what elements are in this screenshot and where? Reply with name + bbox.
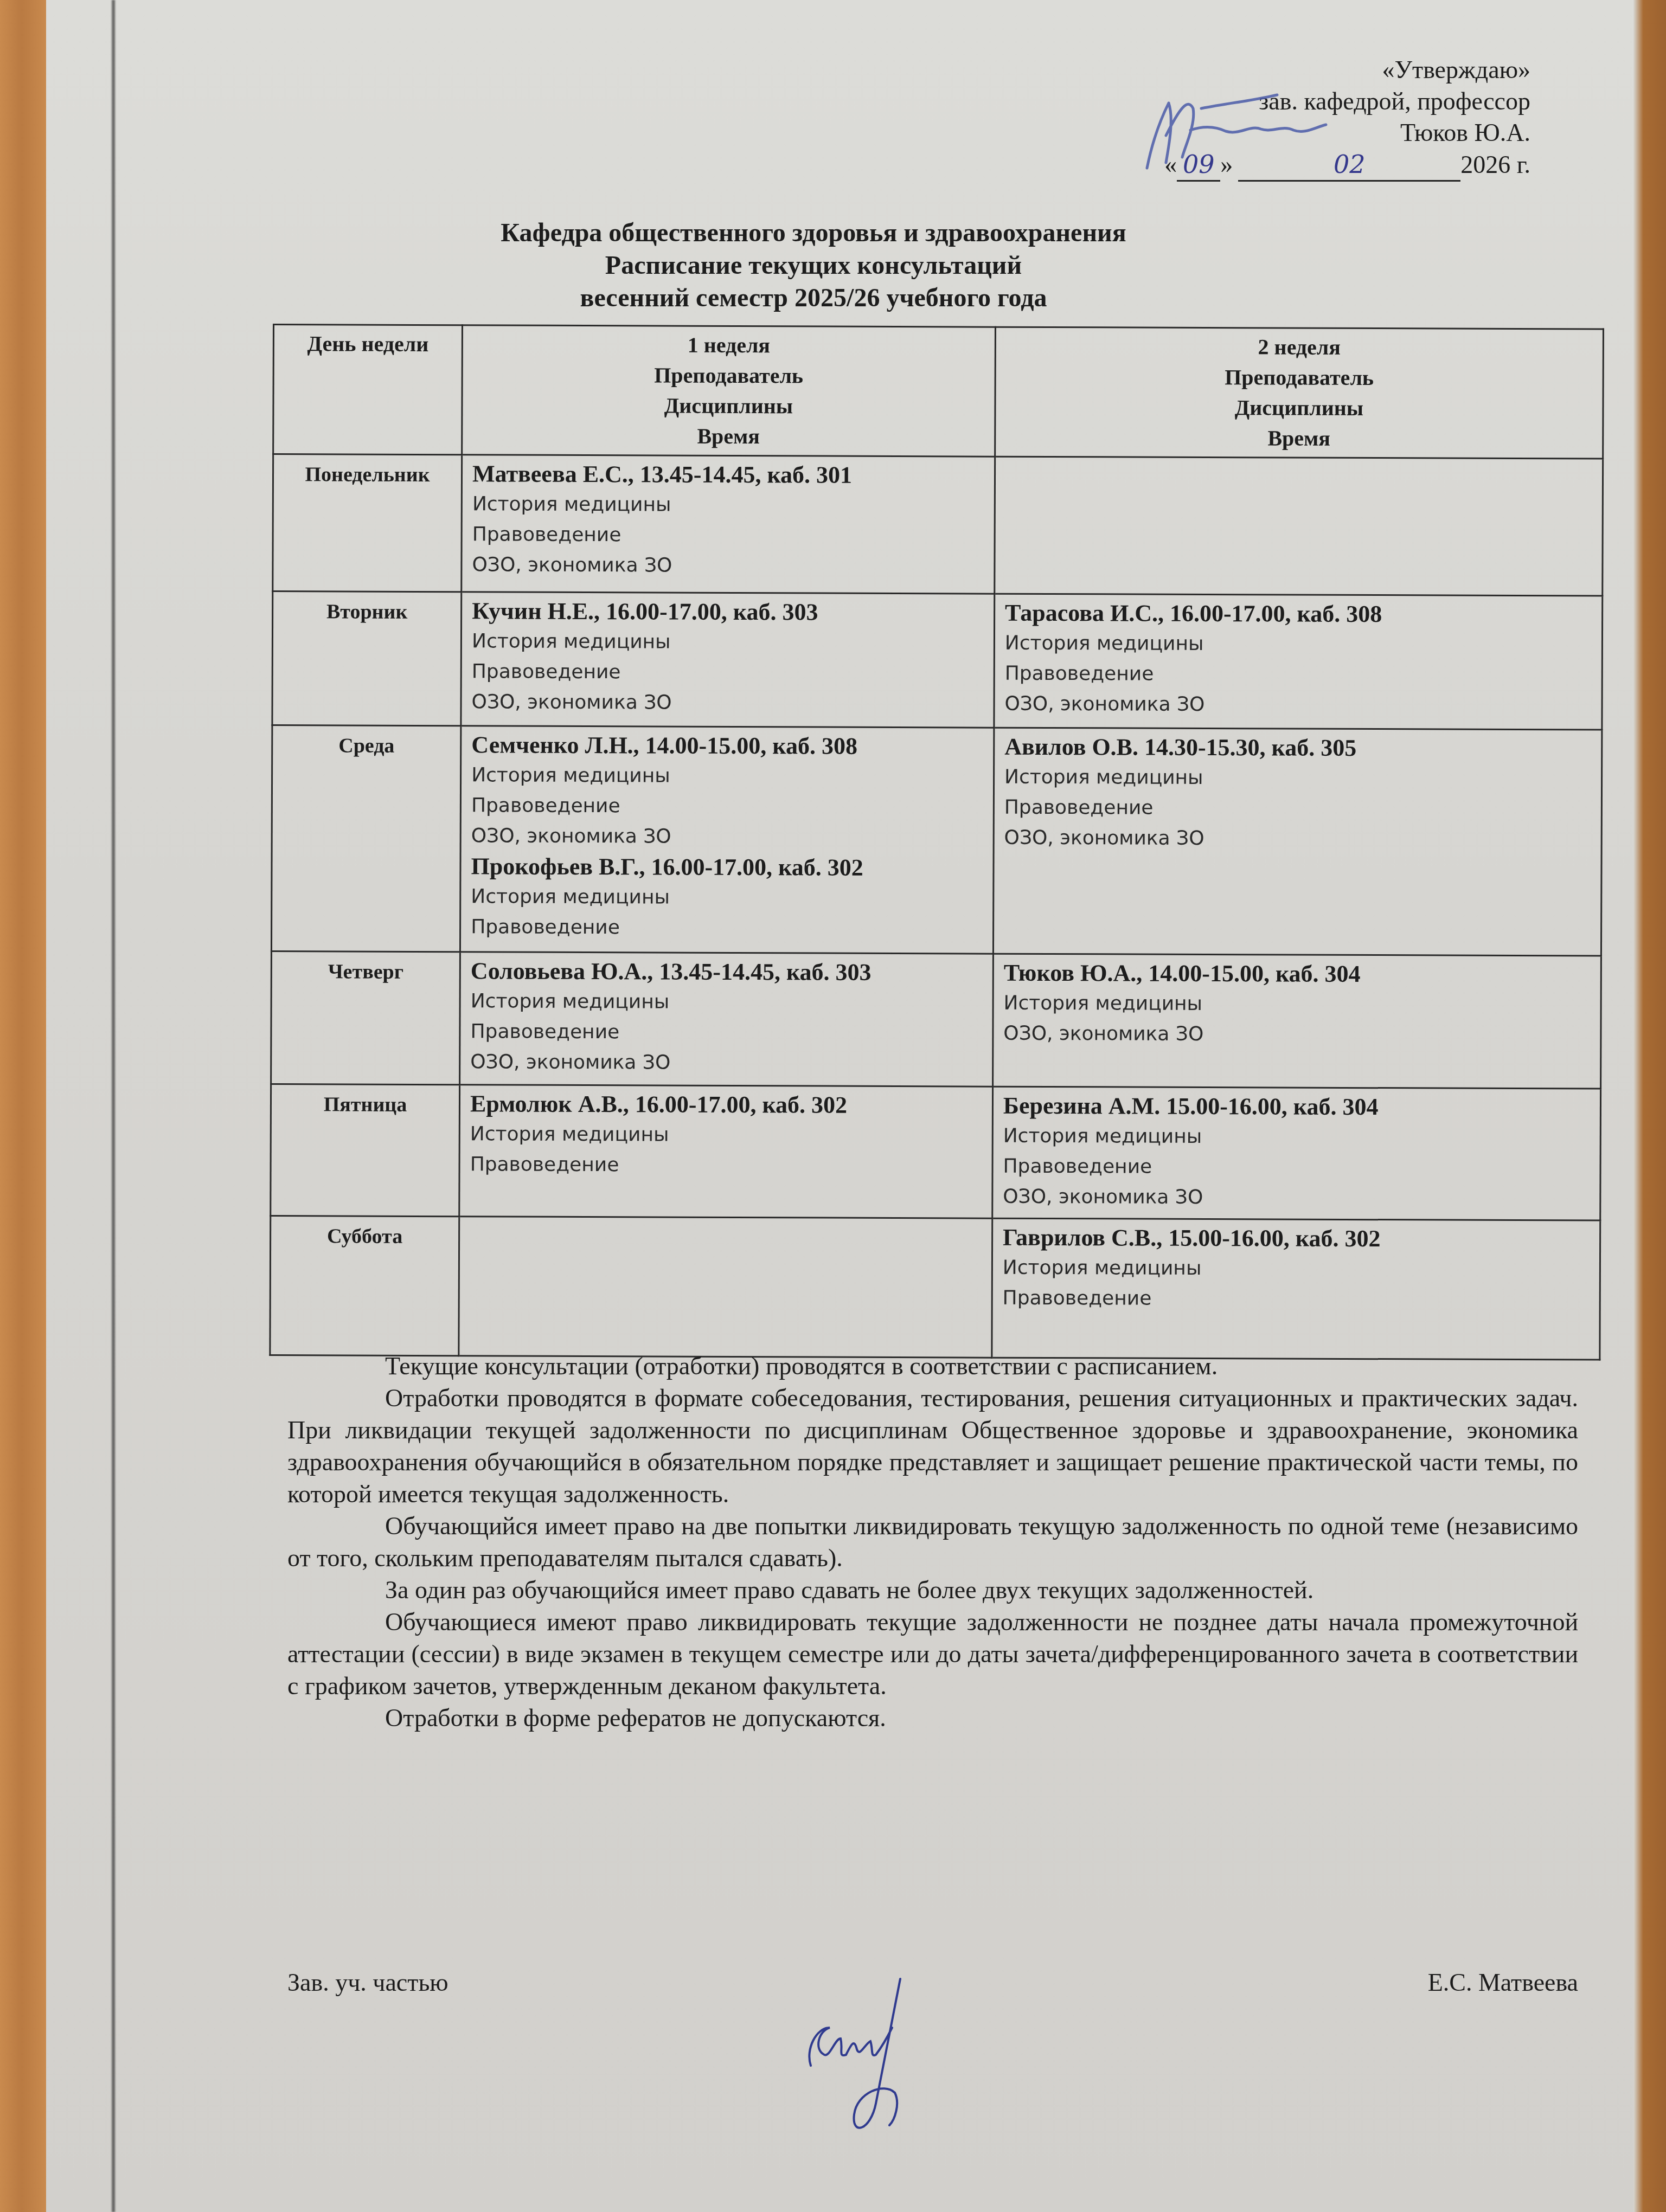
- rule-paragraph: Обучающийся имеет право на две попытки л…: [287, 1510, 1578, 1574]
- discipline: Правоведение: [1003, 1152, 1590, 1184]
- table-row: ПонедельникМатвеева Е.С., 13.45-14.45, к…: [273, 454, 1603, 596]
- header-week2: 2 неделя Преподаватель Дисциплины Время: [995, 327, 1604, 459]
- discipline: Правоведение: [471, 790, 983, 822]
- document-title: Расписание текущих консультаций: [271, 249, 1356, 282]
- discipline: Правоведение: [470, 1017, 982, 1049]
- table-row: СредаСемченко Л.Н., 14.00-15.00, каб. 30…: [271, 725, 1601, 956]
- consultation-schedule-table: День недели 1 неделя Преподаватель Дисци…: [269, 324, 1604, 1361]
- teacher-time-room: Ермолюк А.В., 16.00-17.00, каб. 302: [470, 1089, 982, 1121]
- teacher-time-room: Авилов О.В. 14.30-15.30, каб. 305: [1004, 732, 1591, 764]
- week1-cell: Матвеева Е.С., 13.45-14.45, каб. 301Исто…: [462, 455, 995, 594]
- discipline: История медицины: [1004, 762, 1591, 795]
- discipline: Правоведение: [470, 1149, 982, 1181]
- signer-signature-icon: [759, 1968, 1020, 2142]
- day-cell: Среда: [271, 725, 461, 952]
- department-title: Кафедра общественного здоровья и здравоо…: [271, 217, 1356, 249]
- discipline: ОЗО, экономика ЗО: [1003, 1182, 1590, 1214]
- discipline: История медицины: [472, 489, 984, 521]
- teacher-time-room: Семченко Л.Н., 14.00-15.00, каб. 308: [471, 730, 983, 762]
- teacher-time-room: Соловьева Ю.А., 13.45-14.45, каб. 303: [471, 956, 983, 988]
- table-header-row: День недели 1 неделя Преподаватель Дисци…: [273, 325, 1604, 459]
- week1-cell: Кучин Н.Е., 16.00-17.00, каб. 303История…: [461, 592, 995, 728]
- signer-position: Зав. уч. частью: [287, 1968, 448, 1997]
- week2-cell: Тюков Ю.А., 14.00-15.00, каб. 304История…: [993, 954, 1601, 1089]
- teacher-time-room: Березина А.М. 15.00-16.00, каб. 304: [1003, 1091, 1590, 1123]
- table-row: СубботаГаврилов С.В., 15.00-16.00, каб. …: [270, 1216, 1600, 1360]
- week1-cell: [459, 1217, 992, 1358]
- week1-cell: Ермолюк А.В., 16.00-17.00, каб. 302Истор…: [459, 1085, 993, 1218]
- rule-paragraph: За один раз обучающийся имеет право сдав…: [287, 1574, 1578, 1606]
- discipline: ОЗО, экономика ЗО: [472, 550, 984, 582]
- discipline: История медицины: [1005, 628, 1592, 661]
- discipline: ОЗО, экономика ЗО: [1004, 823, 1591, 856]
- teacher-time-room: Прокофьев В.Г., 16.00-17.00, каб. 302: [471, 851, 983, 883]
- header-week1-teacher: Преподаватель: [473, 359, 985, 391]
- discipline: История медицины: [1003, 988, 1590, 1021]
- teacher-time-room: Гаврилов С.В., 15.00-16.00, каб. 302: [1003, 1223, 1590, 1255]
- discipline: Правоведение: [472, 657, 984, 689]
- discipline: История медицины: [470, 1119, 982, 1151]
- day-cell: Четверг: [271, 951, 460, 1084]
- discipline: Правоведение: [1005, 659, 1592, 691]
- discipline: История медицины: [471, 882, 983, 914]
- document-heading: Кафедра общественного здоровья и здравоо…: [271, 217, 1356, 314]
- week1-cell: Соловьева Ю.А., 13.45-14.45, каб. 303Ист…: [460, 952, 994, 1086]
- day-cell: Понедельник: [273, 454, 462, 592]
- discipline: История медицины: [472, 626, 984, 658]
- week2-cell: Тарасова И.С., 16.00-17.00, каб. 308Исто…: [994, 594, 1603, 730]
- table-row: ПятницаЕрмолюк А.В., 16.00-17.00, каб. 3…: [271, 1084, 1601, 1220]
- discipline: История медицины: [471, 760, 983, 792]
- binder-edge-mark: [111, 0, 116, 2212]
- table-row: ЧетвергСоловьева Ю.А., 13.45-14.45, каб.…: [271, 951, 1601, 1089]
- discipline: ОЗО, экономика ЗО: [471, 821, 983, 853]
- week2-cell: Авилов О.В. 14.30-15.30, каб. 305История…: [993, 728, 1602, 956]
- discipline: Правоведение: [1004, 793, 1591, 825]
- discipline: ОЗО, экономика ЗО: [1004, 689, 1591, 722]
- semester-title: весенний семестр 2025/26 учебного года: [271, 282, 1356, 314]
- desk-surface: [1633, 0, 1666, 2212]
- header-week1-time: Время: [472, 420, 984, 452]
- week1-cell: Семченко Л.Н., 14.00-15.00, каб. 308Исто…: [460, 726, 994, 954]
- header-day: День недели: [273, 325, 463, 455]
- day-cell: Вторник: [272, 591, 462, 726]
- approval-heading: «Утверждаю»: [1164, 54, 1530, 86]
- header-week2-disciplines: Дисциплины: [1005, 392, 1592, 425]
- date-year: 2026 г.: [1460, 151, 1530, 178]
- discipline: ОЗО, экономика ЗО: [472, 687, 984, 719]
- approver-signature-icon: [1136, 87, 1342, 173]
- header-week2-label: 2 неделя: [1006, 331, 1593, 364]
- discipline: История медицины: [1003, 1121, 1590, 1154]
- discipline: Правоведение: [471, 912, 983, 944]
- teacher-time-room: Матвеева Е.С., 13.45-14.45, каб. 301: [472, 459, 984, 491]
- rule-paragraph: Отработки в форме рефератов не допускают…: [287, 1702, 1578, 1734]
- teacher-time-room: Кучин Н.Е., 16.00-17.00, каб. 303: [472, 596, 984, 628]
- day-cell: Суббота: [270, 1216, 459, 1355]
- header-week1-disciplines: Дисциплины: [472, 390, 984, 422]
- teacher-time-room: Тюков Ю.А., 14.00-15.00, каб. 304: [1004, 958, 1591, 991]
- rules-text: Текущие консультации (отработки) проводя…: [287, 1350, 1578, 1734]
- discipline: Правоведение: [472, 519, 984, 551]
- rule-paragraph: Текущие консультации (отработки) проводя…: [287, 1350, 1578, 1382]
- header-week1-label: 1 неделя: [473, 329, 985, 361]
- discipline: ОЗО, экономика ЗО: [1003, 1019, 1590, 1051]
- header-week2-teacher: Преподаватель: [1005, 362, 1592, 394]
- discipline: История медицины: [471, 986, 983, 1018]
- day-cell: Пятница: [271, 1084, 460, 1216]
- discipline: ОЗО, экономика ЗО: [470, 1047, 982, 1079]
- week2-cell: Гаврилов С.В., 15.00-16.00, каб. 302Исто…: [992, 1218, 1600, 1360]
- week2-cell: [995, 456, 1603, 596]
- discipline: История медицины: [1003, 1253, 1590, 1285]
- header-week1: 1 неделя Преподаватель Дисциплины Время: [462, 325, 996, 456]
- header-week2-time: Время: [1005, 422, 1592, 455]
- teacher-time-room: Тарасова И.С., 16.00-17.00, каб. 308: [1005, 598, 1592, 631]
- signer-name: Е.С. Матвеева: [1428, 1968, 1578, 1997]
- table-row: ВторникКучин Н.Е., 16.00-17.00, каб. 303…: [272, 591, 1603, 730]
- discipline: Правоведение: [1003, 1283, 1590, 1316]
- rule-paragraph: Обучающиеся имеют право ликвидировать те…: [287, 1606, 1578, 1702]
- rule-paragraph: Отработки проводятся в формате собеседов…: [287, 1382, 1578, 1510]
- week2-cell: Березина А.М. 15.00-16.00, каб. 304Истор…: [992, 1086, 1601, 1220]
